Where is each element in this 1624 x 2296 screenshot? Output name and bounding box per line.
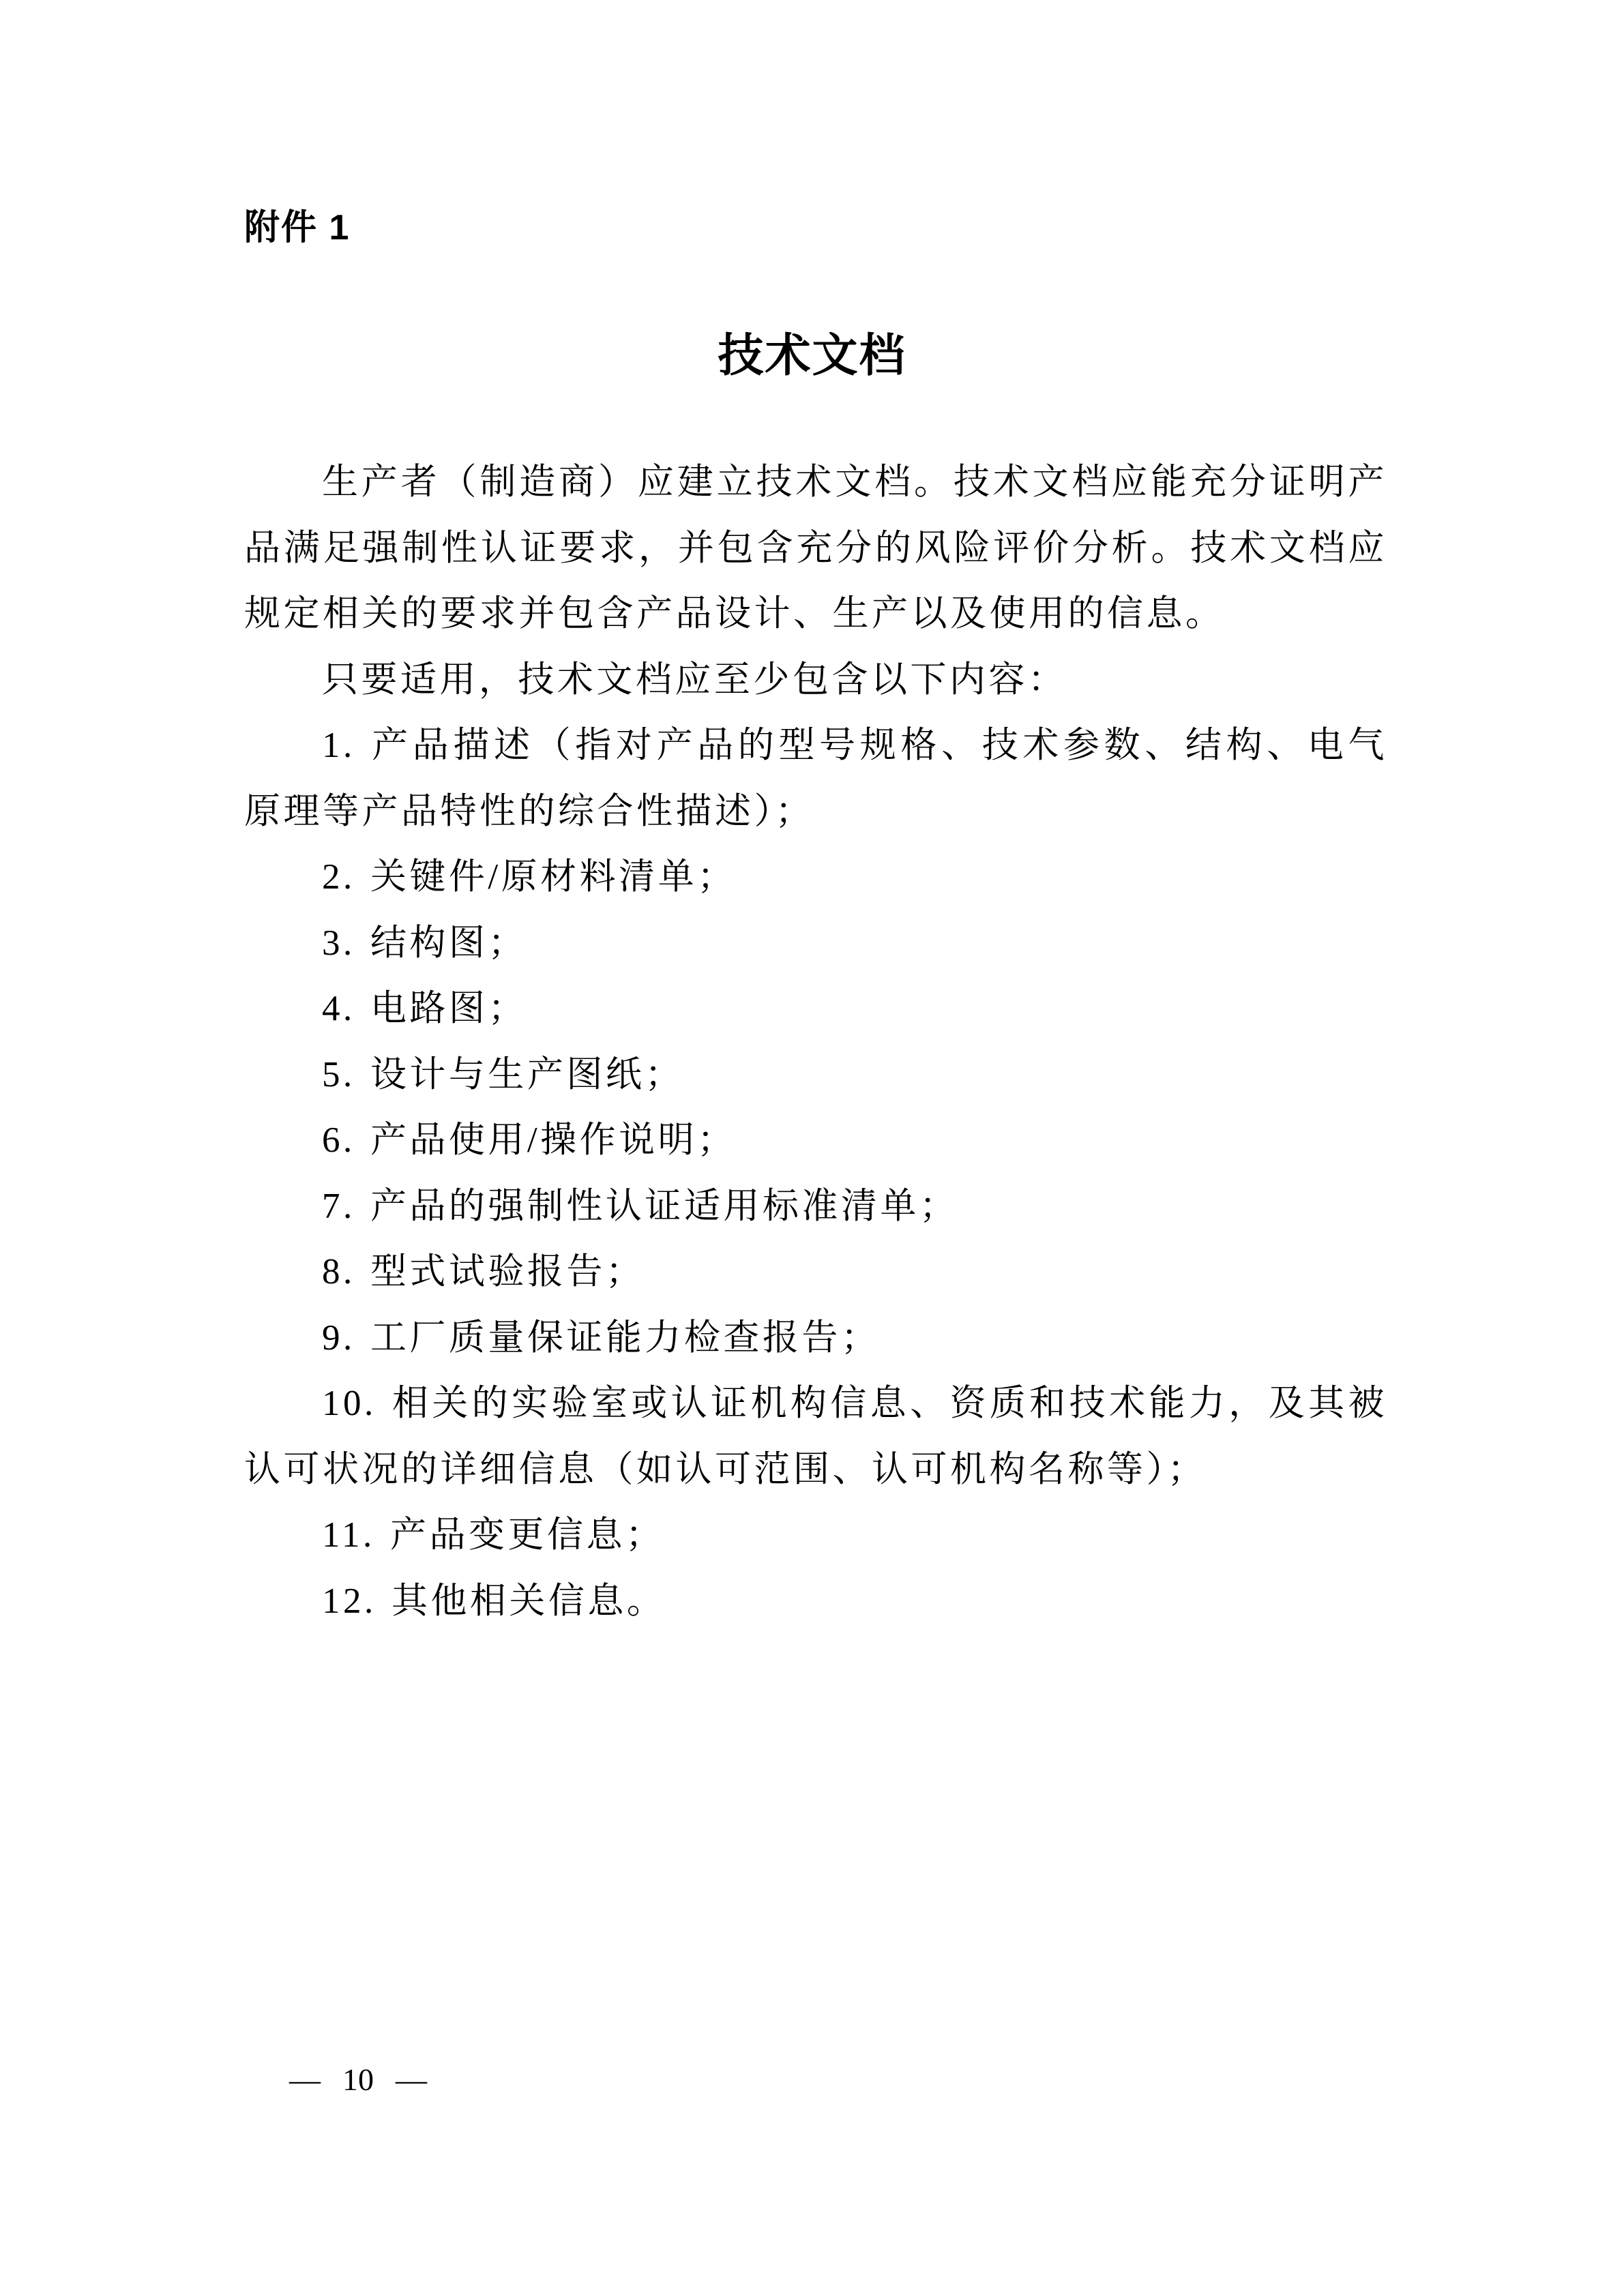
list-item-3-number: 3. <box>322 923 355 963</box>
list-item-7: 7.产品的强制性认证适用标准清单； <box>244 1174 1387 1240</box>
document-title: 技术文档 <box>0 331 1624 382</box>
list-item-9: 9.工厂质量保证能力检查报告； <box>244 1305 1387 1371</box>
list-item-11-text: 产品变更信息； <box>390 1515 665 1555</box>
list-item-2: 2.关键件/原材料清单； <box>244 844 1387 910</box>
paragraph-intro: 生产者（制造商）应建立技术文档。技术文档应能充分证明产品满足强制性认证要求，并包… <box>244 449 1387 647</box>
list-item-8-number: 8. <box>322 1252 355 1292</box>
list-item-10: 10.相关的实验室或认证机构信息、资质和技术能力，及其被认可状况的详细信息（如认… <box>244 1371 1387 1502</box>
list-item-8-text: 型式试验报告； <box>370 1252 645 1292</box>
list-item-3: 3.结构图； <box>244 910 1387 976</box>
list-item-11: 11.产品变更信息； <box>244 1502 1387 1568</box>
list-item-1-text: 产品描述（指对产品的型号规格、技术参数、结构、电气原理等产品特性的综合性描述）； <box>244 726 1387 831</box>
document-page: 附件 1 技术文档 生产者（制造商）应建立技术文档。技术文档应能充分证明产品满足… <box>0 0 1624 2296</box>
list-item-6-text: 产品使用/操作说明； <box>370 1120 737 1160</box>
list-item-1-number: 1. <box>322 726 355 765</box>
list-item-10-number: 10. <box>322 1384 377 1423</box>
list-item-5-text: 设计与生产图纸； <box>370 1055 684 1094</box>
page-footer: —10— <box>289 2061 427 2098</box>
list-item-2-text: 关键件/原材料清单； <box>370 857 737 897</box>
list-item-10-text: 相关的实验室或认证机构信息、资质和技术能力，及其被认可状况的详细信息（如认可范围… <box>244 1384 1387 1489</box>
page-number: 10 <box>342 2062 374 2097</box>
list-item-6-number: 6. <box>322 1120 355 1160</box>
document-body: 生产者（制造商）应建立技术文档。技术文档应能充分证明产品满足强制性认证要求，并包… <box>244 449 1387 1634</box>
list-item-9-number: 9. <box>322 1318 355 1358</box>
footer-dash-left: — <box>289 2062 321 2097</box>
list-item-11-number: 11. <box>322 1515 375 1555</box>
list-item-7-number: 7. <box>322 1187 355 1226</box>
list-item-8: 8.型式试验报告； <box>244 1239 1387 1305</box>
list-item-12: 12.其他相关信息。 <box>244 1568 1387 1635</box>
list-item-4-number: 4. <box>322 989 355 1028</box>
list-item-5: 5.设计与生产图纸； <box>244 1042 1387 1108</box>
list-item-6: 6.产品使用/操作说明； <box>244 1107 1387 1174</box>
list-item-12-text: 其他相关信息。 <box>392 1581 666 1621</box>
list-item-3-text: 结构图； <box>370 923 527 963</box>
list-item-4: 4.电路图； <box>244 976 1387 1042</box>
list-item-2-number: 2. <box>322 857 355 897</box>
list-item-7-text: 产品的强制性认证适用标准清单； <box>370 1187 959 1226</box>
list-item-12-number: 12. <box>322 1581 377 1621</box>
list-item-4-text: 电路图； <box>370 989 527 1028</box>
list-item-5-number: 5. <box>322 1055 355 1094</box>
attachment-label: 附件 1 <box>244 210 350 245</box>
paragraph-lead-in: 只要适用，技术文档应至少包含以下内容： <box>244 647 1387 713</box>
list-item-9-text: 工厂质量保证能力检查报告； <box>370 1318 881 1358</box>
footer-dash-right: — <box>396 2062 427 2097</box>
list-item-1: 1.产品描述（指对产品的型号规格、技术参数、结构、电气原理等产品特性的综合性描述… <box>244 713 1387 844</box>
